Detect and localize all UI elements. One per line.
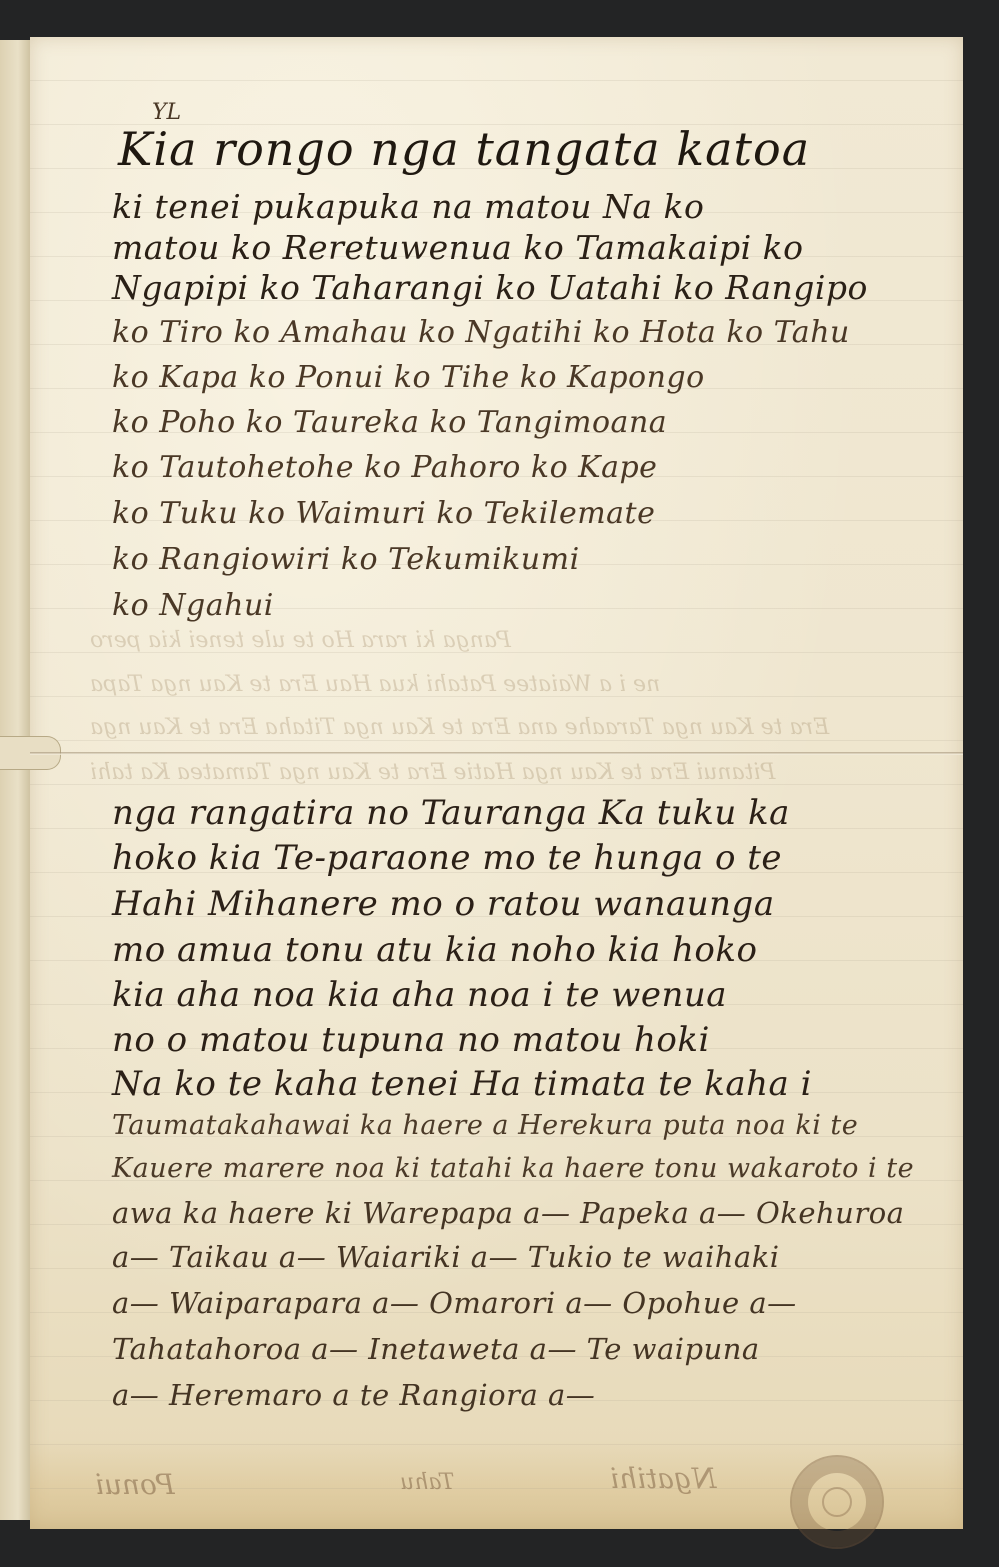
text-line: ko Ngahui	[112, 588, 274, 623]
text-line: a— Waiparapara a— Omarori a— Opohue a—	[112, 1286, 797, 1320]
text-line: a— Heremaro a te Rangiora a—	[112, 1378, 595, 1412]
text-line: Na ko te kaha tenei Ha timata te kaha i	[112, 1064, 812, 1104]
text-line: nga rangatira no Tauranga Ka tuku ka	[112, 793, 790, 833]
text-line: ki tenei pukapuka na matou Na ko	[112, 187, 704, 226]
signature-faint: Tahu	[400, 1470, 454, 1495]
text-line: ko Tautohetohe ko Pahoro ko Kape	[112, 450, 657, 485]
text-line: Ngapipi ko Taharangi ko Uatahi ko Rangip…	[112, 268, 868, 307]
text-line: Tahatahoroa a— Inetaweta a— Te waipuna	[112, 1332, 760, 1366]
signature-faint: Ponui	[95, 1468, 175, 1501]
text-line: no o matou tupuna no matou hoki	[112, 1020, 710, 1060]
text-line: ko Tuku ko Waimuri ko Tekilemate	[112, 496, 655, 531]
text-line: ko Kapa ko Ponui ko Tihe ko Kapongo	[112, 360, 705, 395]
text-line: ko Poho ko Taureka ko Tangimoana	[112, 405, 667, 440]
text-line: matou ko Reretuwenua ko Tamakaipi ko	[112, 228, 804, 267]
document-title: Kia rongo nga tangata katoa	[118, 122, 810, 176]
text-line: ko Tiro ko Amahau ko Ngatihi ko Hota ko …	[112, 315, 850, 350]
text-line: a— Taikau a— Waiariki a— Tukio te waihak…	[112, 1240, 780, 1274]
text-line: Kauere marere noa ki tatahi ka haere ton…	[112, 1153, 914, 1184]
text-line: mo amua tonu atu kia noho kia hoko	[112, 930, 757, 970]
text-line: ko Rangiowiri ko Tekumikumi	[112, 542, 580, 577]
text-line: Hahi Mihanere mo o ratou wanaunga	[112, 884, 775, 924]
text-line: hoko kia Te-paraone mo te hunga o te	[112, 838, 782, 878]
text-line: awa ka haere ki Warepapa a— Papeka a— Ok…	[112, 1196, 904, 1230]
seal-mark-icon	[790, 1455, 884, 1549]
text-line: kia aha noa kia aha noa i te wenua	[112, 975, 727, 1015]
document-scan: Panga ki rara Ho te ule tenei kia pero n…	[0, 0, 999, 1567]
manuscript-text: YL Kia rongo nga tangata katoa ki tenei …	[0, 0, 999, 1567]
signature-faint: Ngatihi	[610, 1462, 716, 1495]
text-line: Taumatakahawai ka haere a Herekura puta …	[112, 1110, 858, 1141]
